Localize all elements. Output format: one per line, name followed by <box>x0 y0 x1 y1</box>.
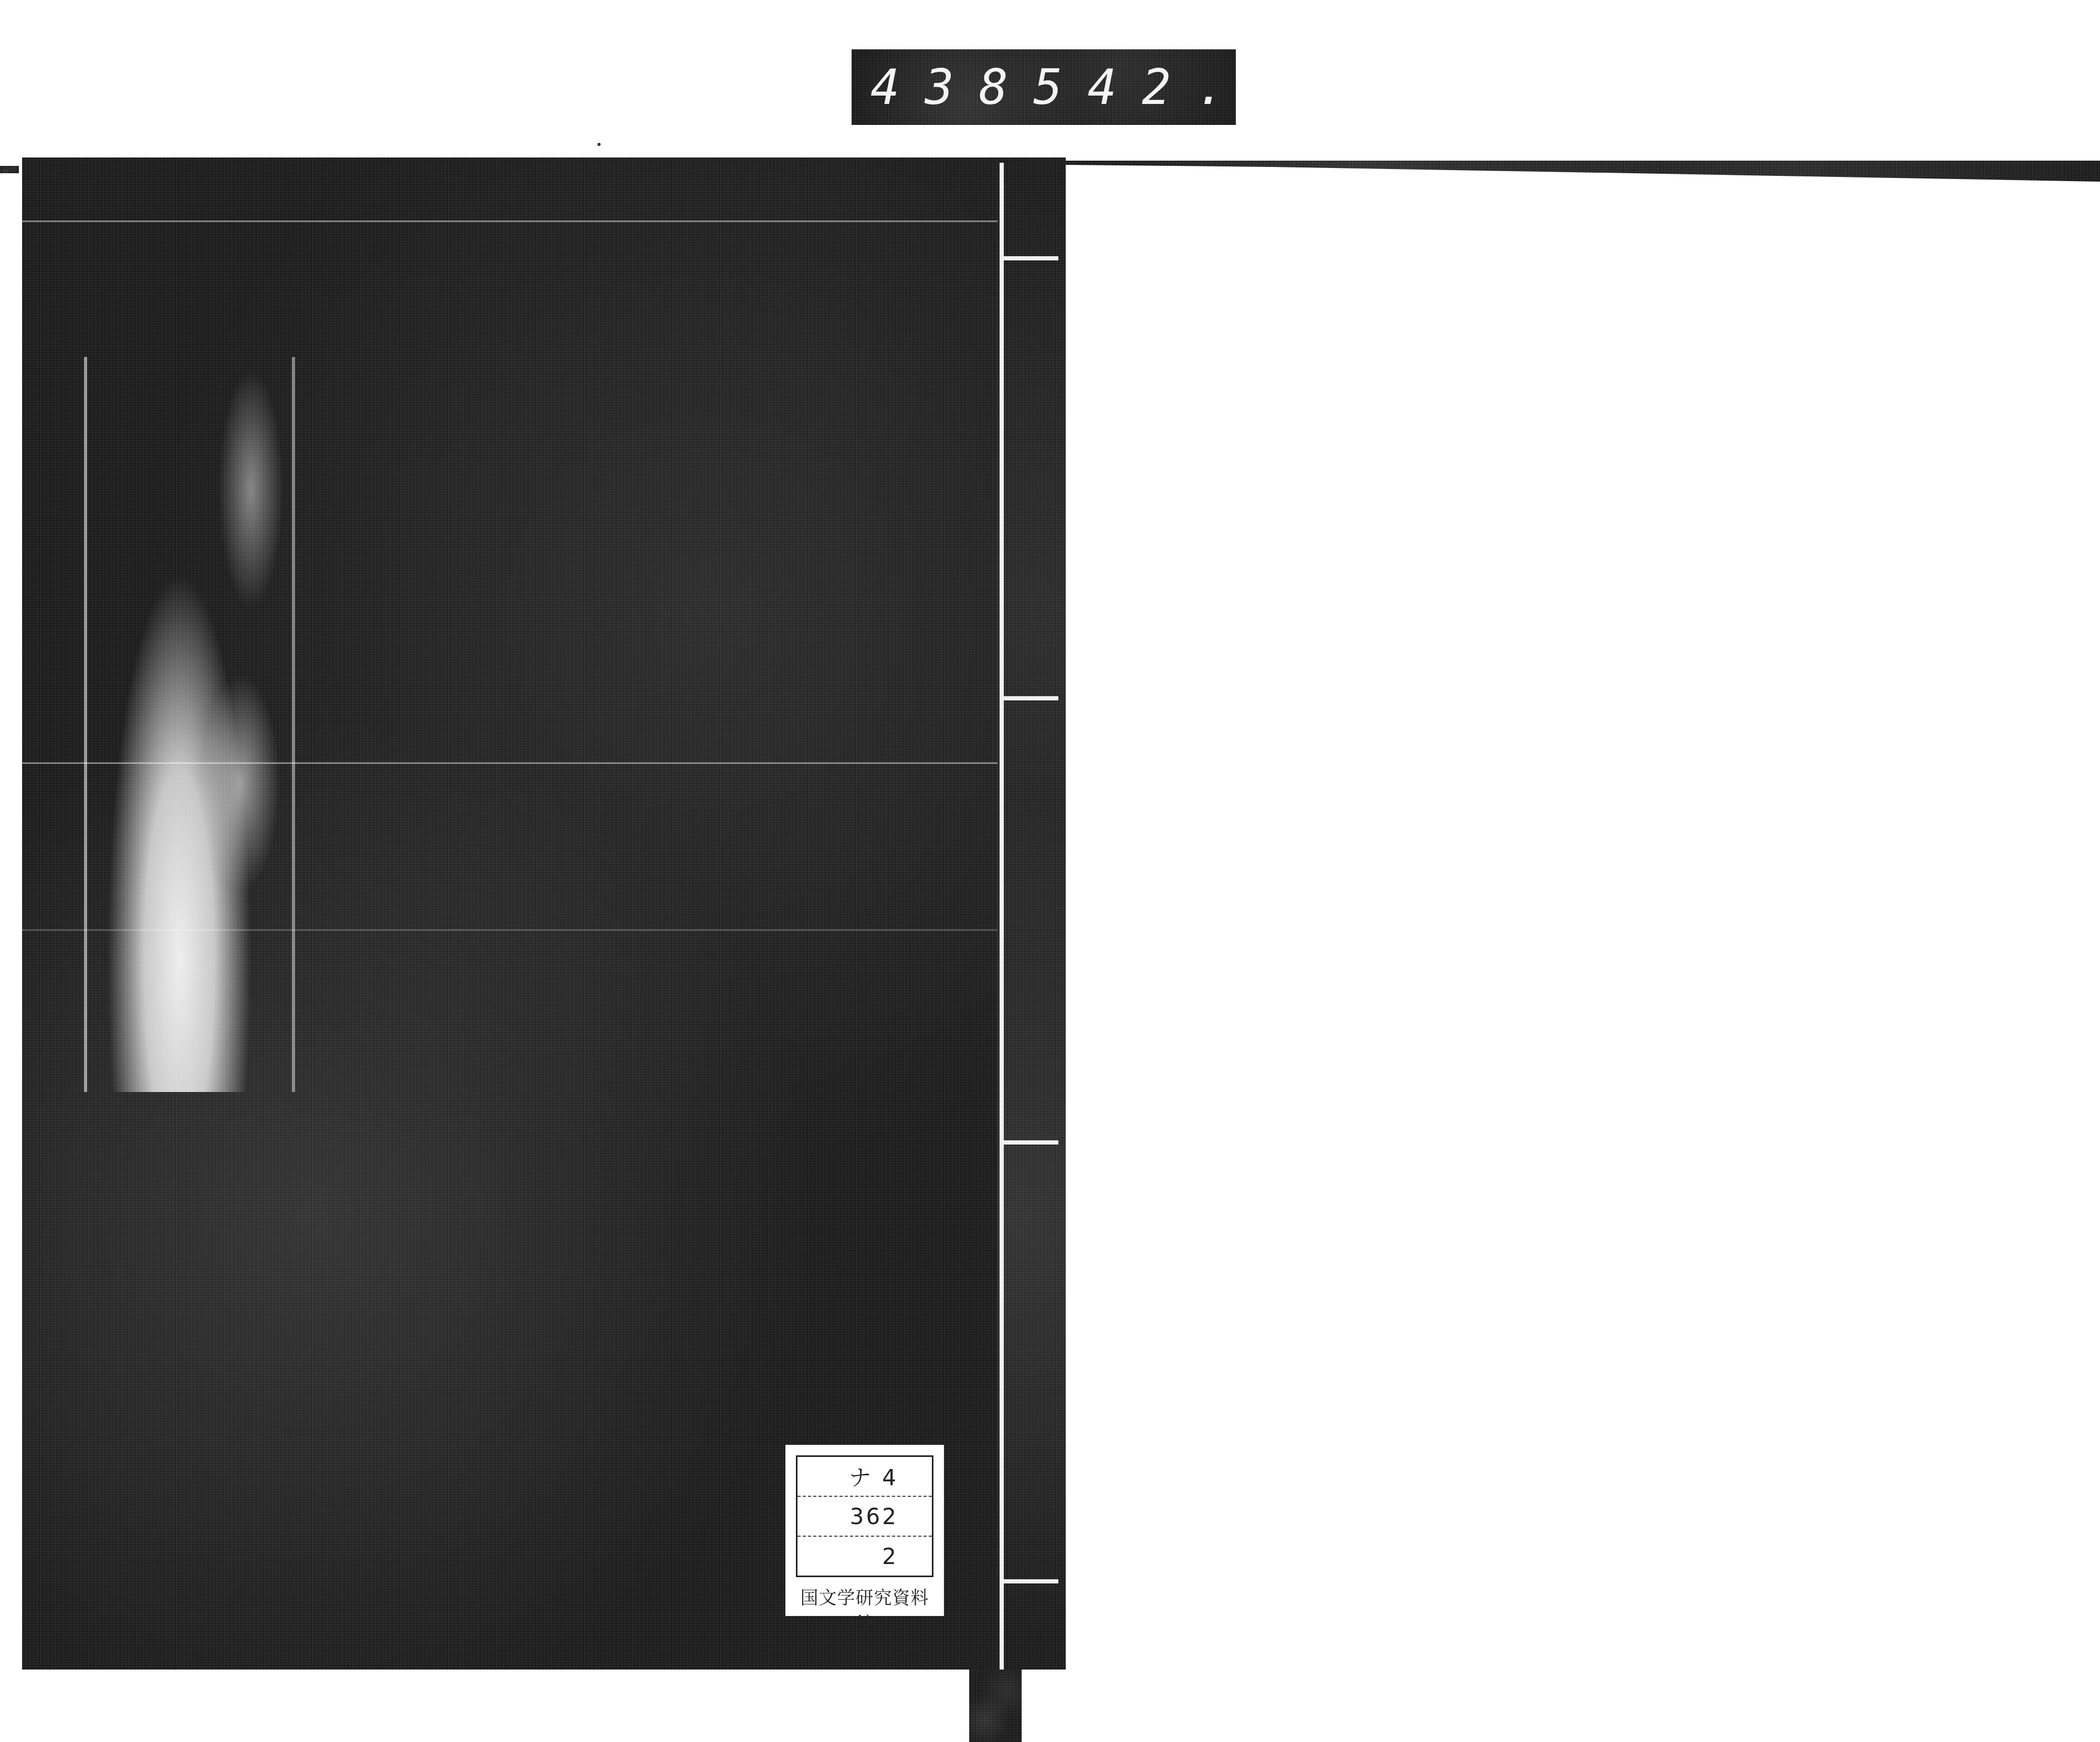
binding-stitch <box>1004 256 1058 260</box>
facing-blank-page <box>1066 179 2100 1742</box>
call-number-label: ナ 4 362 2 国文学研究資料館 <box>785 1445 944 1616</box>
scan-speck <box>597 143 601 146</box>
reel-number-right: 542. <box>1033 59 1251 116</box>
binding-spine <box>997 158 1066 1670</box>
cover-bottom-tab <box>969 1670 1022 1742</box>
call-number-row: 2 <box>797 1537 932 1576</box>
book-cover <box>22 158 997 1670</box>
spine-fold-line <box>1000 163 1004 1670</box>
binding-stitch <box>1004 1140 1058 1145</box>
scan-line-artifact <box>22 221 999 222</box>
call-number-box: ナ 4 362 2 <box>796 1455 933 1577</box>
call-number-row: 362 <box>797 1497 932 1537</box>
reel-number-label: 438 542. <box>852 49 1236 125</box>
institution-name: 国文学研究資料館 <box>796 1583 933 1635</box>
scan-line-artifact <box>22 929 999 931</box>
reel-number-left: 438 <box>870 59 1033 116</box>
cover-edge-mark <box>0 166 19 173</box>
scan-line-artifact <box>22 762 999 764</box>
title-slip <box>84 357 295 1092</box>
call-number-row: ナ 4 <box>797 1457 932 1497</box>
binding-stitch <box>1004 696 1058 700</box>
binding-stitch <box>1004 1579 1058 1583</box>
